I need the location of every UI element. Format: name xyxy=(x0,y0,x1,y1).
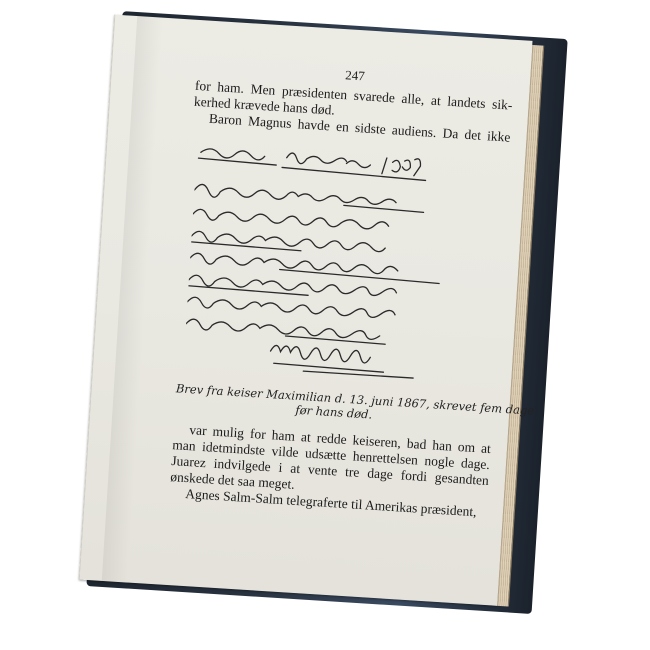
bottom-paragraph: var mulig for ham at redde keiseren, bad… xyxy=(169,421,491,521)
book-page: 247 for ham. Men præsidenten svarede all… xyxy=(79,15,533,606)
figure-caption: Brev fra keiser Maximilian d. 13. juni 1… xyxy=(175,381,494,429)
book: 247 for ham. Men præsidenten svarede all… xyxy=(79,15,559,612)
handwritten-letter-image xyxy=(183,138,497,386)
page-crease xyxy=(102,16,163,583)
